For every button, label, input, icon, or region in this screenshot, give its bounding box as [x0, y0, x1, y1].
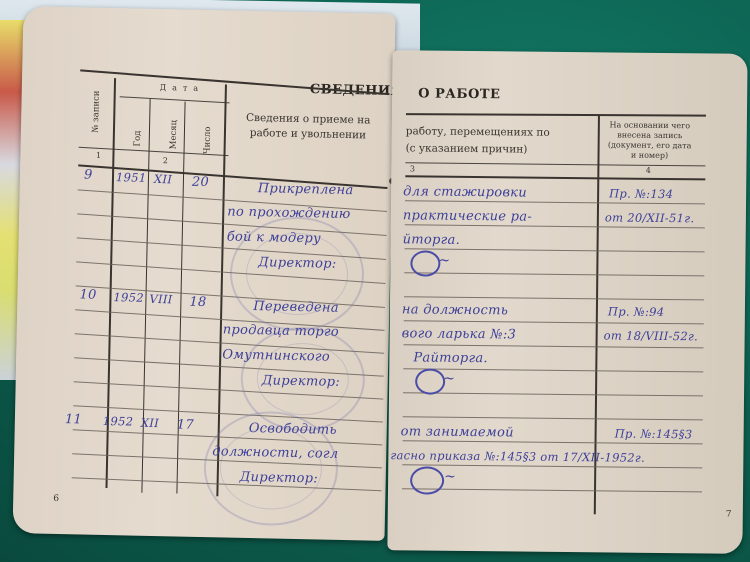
entry-9-right-line-1: для стажировки — [403, 184, 527, 200]
right-heading: О РАБОТЕ — [418, 86, 500, 102]
entry-9-line-3: бой к модеру — [227, 229, 321, 246]
basis-header-l4: и номер) — [599, 150, 699, 161]
entry-9-month: XII — [154, 172, 172, 186]
entry-9-line-2: по прохождению — [227, 204, 351, 222]
entry-11-year: 1952 — [103, 414, 134, 429]
row-line — [404, 272, 704, 276]
col-num-4: 4 — [641, 166, 655, 176]
entry-9-right-line-2: практические ра- — [403, 208, 532, 224]
entry-10-right-line-1: на должность — [402, 302, 508, 318]
month-header: Месяц — [169, 120, 180, 150]
col-num-1: 1 — [88, 151, 108, 161]
row-line — [403, 392, 703, 396]
entry-10-line-4: Директор: — [262, 373, 341, 390]
entry-10-no: 10 — [79, 287, 96, 302]
row-line — [404, 296, 704, 300]
header-top-line — [406, 113, 706, 117]
entry-9-line-4: Директор: — [258, 255, 337, 272]
col-num-2: 2 — [150, 156, 180, 167]
day-header: Число — [203, 126, 214, 154]
signature-mark — [410, 250, 440, 276]
date-header: Дата — [132, 82, 232, 94]
entry-11-month: XII — [141, 416, 159, 430]
left-page: СВЕДЕНИЯ № записи Дата Год Месяц Число С… — [13, 6, 396, 541]
entry-11-right-line-2: гасно приказа №:145§3 от 17/XII-1952г. — [390, 448, 645, 465]
entry-9-year: 1951 — [116, 170, 147, 185]
entry-11-line-3: Директор: — [240, 470, 319, 487]
right-page: О РАБОТЕ работу, перемещениях по (с указ… — [387, 50, 747, 554]
page-number-right: 7 — [726, 510, 732, 520]
entry-9-line-1: Прикреплена — [258, 181, 354, 198]
entry-10-month: VIII — [149, 292, 172, 306]
entry-9-basis-1: Пр. №:134 — [609, 186, 673, 201]
entry-10-signature: ~ — [443, 371, 455, 387]
row-line — [404, 320, 704, 324]
entry-11-right-line-1: от занимаемой — [401, 424, 514, 440]
entry-10-line-3: Омутнинского — [222, 347, 330, 364]
entry-11-line-1: Освободить — [249, 421, 337, 438]
entry-10-year: 1952 — [113, 290, 144, 305]
col-num-3: 3 — [405, 164, 419, 174]
entry-10-line-1: Переведена — [253, 299, 339, 316]
page-number-left: 6 — [53, 494, 59, 504]
entry-9-signature: ~ — [438, 253, 450, 269]
entry-10-right-line-3: Райторга. — [413, 350, 488, 366]
date-subline — [120, 96, 230, 103]
info-header-cont: работу, перемещениях по — [406, 124, 596, 141]
header-mid-line — [405, 162, 705, 166]
entry-10-basis-2: от 18/VIII-52г. — [604, 328, 699, 343]
record-no-header: № записи — [91, 90, 102, 132]
entry-11-day: 17 — [177, 417, 194, 432]
signature-mark — [410, 466, 444, 494]
header-bottom-line — [405, 175, 705, 180]
entry-10-basis-1: Пр. №:94 — [608, 304, 665, 319]
entry-10-day: 18 — [189, 295, 206, 310]
signature-mark — [415, 368, 445, 394]
entry-11-basis-1: Пр. №:145§3 — [615, 427, 693, 442]
entry-9-right-line-3: йторга. — [403, 232, 461, 248]
entry-9-basis-2: от 20/XII-51г. — [605, 210, 695, 225]
entry-9-no: 9 — [84, 167, 93, 182]
row-line — [403, 416, 703, 420]
row-line — [404, 344, 704, 348]
entry-11-signature: ~ — [444, 469, 456, 485]
entry-10-line-2: продавца торго — [223, 322, 339, 339]
info-header-cont2: (с указанием причин) — [406, 141, 596, 158]
entry-10-right-line-2: вого ларька №:3 — [402, 326, 517, 342]
entry-11-line-2: должности, согл — [212, 444, 339, 462]
entry-11-no: 11 — [65, 412, 82, 427]
row-line — [402, 488, 702, 492]
info-header: Сведения о приеме на работе и увольнении — [233, 111, 384, 144]
entry-9-day: 20 — [192, 175, 209, 190]
year-header: Год — [133, 130, 143, 146]
